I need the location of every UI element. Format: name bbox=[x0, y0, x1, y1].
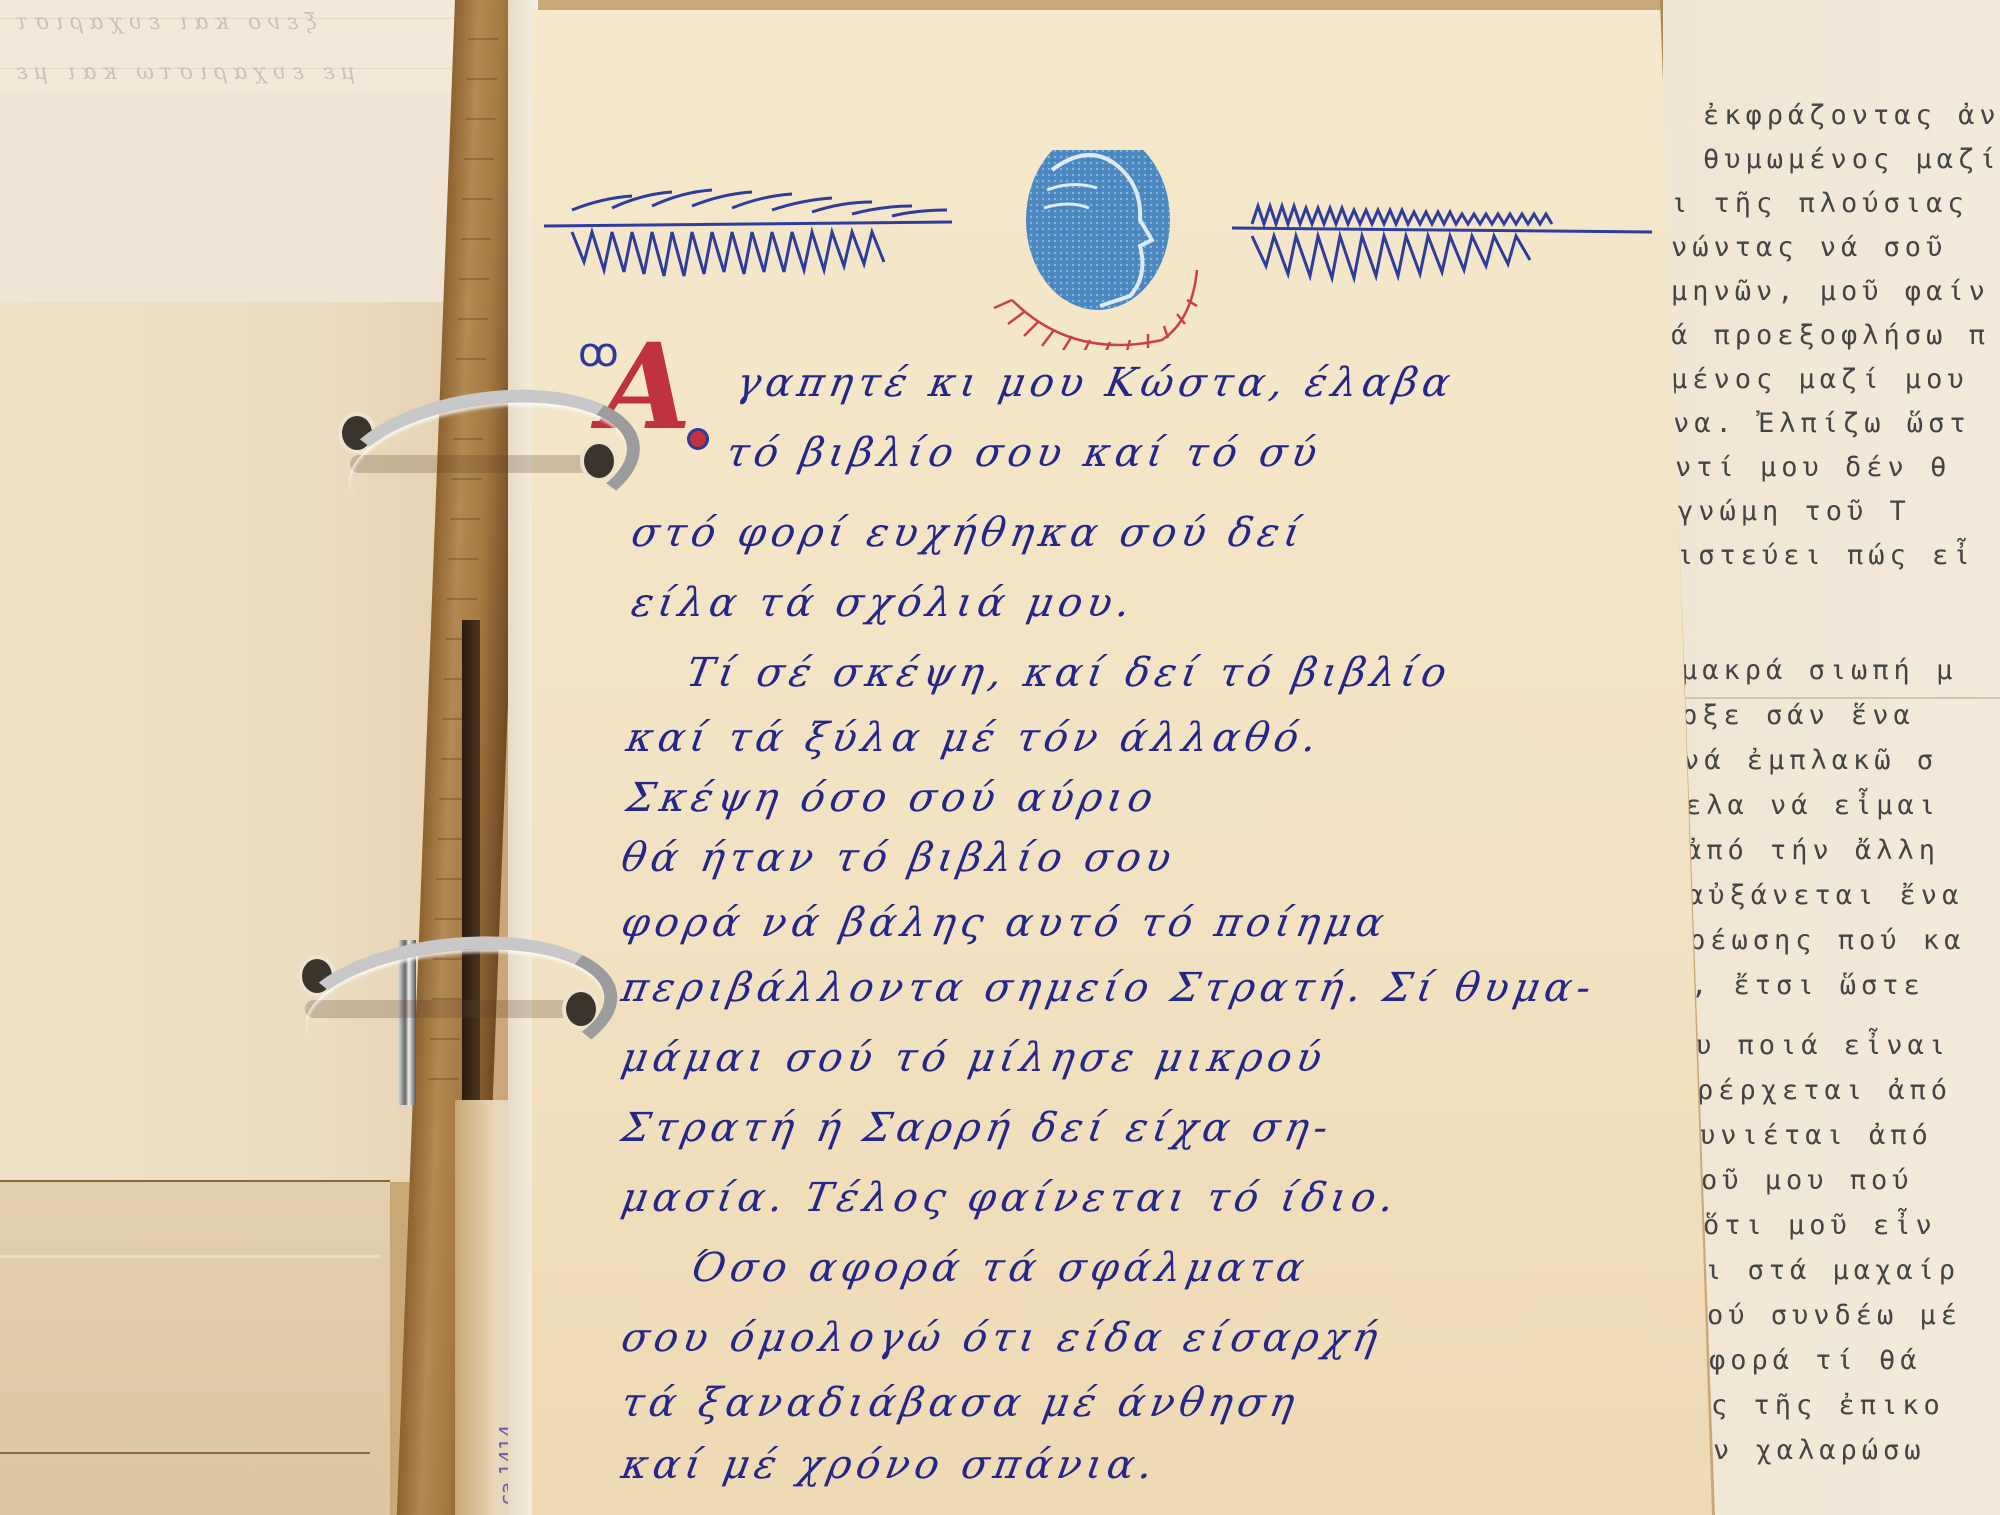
typed-line: μακρά σιωπή μ bbox=[1681, 655, 1957, 686]
letter-line: Στρατή ή Σαρρή δεί είχα ση- bbox=[618, 1105, 1336, 1151]
envelope-edge bbox=[0, 1452, 370, 1454]
typed-line: ελα νά εἶμαι bbox=[1685, 790, 1940, 821]
typewritten-page[interactable]: ἐκφράζοντας ἀντ θυμωμένος μαζί ι τῆς πλο… bbox=[1660, 0, 2000, 1515]
drop-cap-dot-icon bbox=[687, 428, 709, 450]
blue-feather-right-icon bbox=[1232, 206, 1652, 278]
letter-header-ornament bbox=[532, 150, 1662, 350]
typed-line: οῦ μου πού bbox=[1701, 1165, 1914, 1196]
typed-line: ς τῆς ἐπικο bbox=[1711, 1390, 1945, 1421]
typed-line: μένος μαζί μου bbox=[1671, 364, 1969, 395]
typed-line: ού συνδέω μέ bbox=[1707, 1300, 1962, 1331]
typed-line: να. Ἐλπίζω ὥστ bbox=[1673, 408, 1971, 439]
letter-line: μάμαι σού τό μίλησε μικρού bbox=[618, 1035, 1330, 1081]
letter-line: τά ξαναδιάβασα μέ άνθηση bbox=[618, 1380, 1303, 1426]
letter-line: είλα τά σχόλιά μου. bbox=[628, 580, 1139, 626]
typed-line: φορά τί θά bbox=[1709, 1345, 1922, 1376]
letter-line: Όσο αφορά τά σφάλματα bbox=[688, 1245, 1313, 1291]
typed-line: νά ἐμπλακῶ σ bbox=[1683, 745, 1938, 776]
typed-line: υ ποιά εἶναι bbox=[1695, 1030, 1950, 1061]
typed-line: ρέρχεται ἀπό bbox=[1697, 1075, 1952, 1106]
typed-line: ντί μου δέν θ bbox=[1675, 452, 1951, 483]
letter-line: Τί σέ σκέψη, καί δεί τό βιβλίο bbox=[683, 650, 1455, 696]
letter-line: σου όμολογώ ότι είδα είσαρχή bbox=[618, 1315, 1386, 1361]
page-fold-crease bbox=[1663, 697, 2000, 699]
typed-line: ἐκφράζοντας ἀντ bbox=[1703, 100, 2000, 131]
left-envelope bbox=[0, 1180, 390, 1515]
letter-line: καί τά ξύλα μέ τόν άλλαθό. bbox=[623, 715, 1325, 761]
typed-line: υνιέται ἀπό bbox=[1699, 1120, 1933, 1151]
typed-line: ά προεξοφλήσω π bbox=[1671, 320, 1990, 351]
typed-line: ρέωσης πού κα bbox=[1689, 925, 1965, 956]
letter-line: καί μέ χρόνο σπάνια. bbox=[618, 1442, 1161, 1488]
letter-line: τό βιβλίο σου καί τό σύ bbox=[723, 430, 1325, 476]
profile-medallion-stamp-icon bbox=[1026, 150, 1170, 310]
typed-line: γνώμη τοῦ Τ bbox=[1677, 496, 1911, 527]
typed-line: ὅτι μοῦ εἶν bbox=[1703, 1210, 1937, 1241]
faint-pencil-text: ξενο και ευχαριστ bbox=[10, 10, 317, 35]
typed-line: ν χαλαρώσω bbox=[1713, 1435, 1926, 1466]
typed-line: ι στά μαχαίρ bbox=[1705, 1255, 1960, 1286]
typed-line: ρξε σάν ἕνα bbox=[1681, 700, 1915, 731]
envelope-fold bbox=[0, 1255, 380, 1258]
typed-line: , ἔτσι ὥστε bbox=[1691, 970, 1925, 1001]
left-back-page: ξενο και ευχαριστ με ευχαριστω και με bbox=[0, 0, 487, 110]
handwritten-letter-page[interactable]: ꝏ Α γαπητέ κι μου Κώστα, έλαβα τό βιβλίο… bbox=[532, 10, 1712, 1515]
faint-pencil-text: με ευχαριστω και με bbox=[10, 60, 355, 85]
blue-feather-left-icon bbox=[544, 190, 952, 276]
typed-line: αὐξάνεται ἔνα bbox=[1687, 880, 1963, 911]
typed-line: νώντας νά σοῦ bbox=[1671, 232, 1947, 263]
left-envelope-page bbox=[0, 95, 475, 325]
typed-line: ἀπό τήν ἄλλη bbox=[1685, 835, 1940, 866]
typed-line: θυμωμένος μαζί bbox=[1703, 144, 2000, 175]
letter-line: στό φορί ευχήθηκα σού δεί bbox=[628, 510, 1309, 556]
letter-line: περιβάλλοντα σημείο Στρατή. Σί θυμα- bbox=[618, 965, 1599, 1011]
letter-line: γαπητέ κι μου Κώστα, έλαβα bbox=[733, 360, 1459, 406]
letter-line: μασία. Τέλος φαίνεται τό ίδιο. bbox=[618, 1175, 1402, 1221]
letter-line: Σκέψη όσο σού αύριο bbox=[623, 775, 1161, 821]
typed-line: ι τῆς πλούσιας bbox=[1671, 188, 1969, 219]
letter-line: θά ήταν τό βιβλίο σου bbox=[618, 835, 1179, 881]
typed-line: μηνῶν, μοῦ φαίν bbox=[1671, 276, 1990, 307]
letter-line: φορά νά βάλης αυτό τό ποίημα bbox=[618, 900, 1392, 946]
typed-line: ιστεύει πώς εἶ bbox=[1677, 540, 1975, 571]
